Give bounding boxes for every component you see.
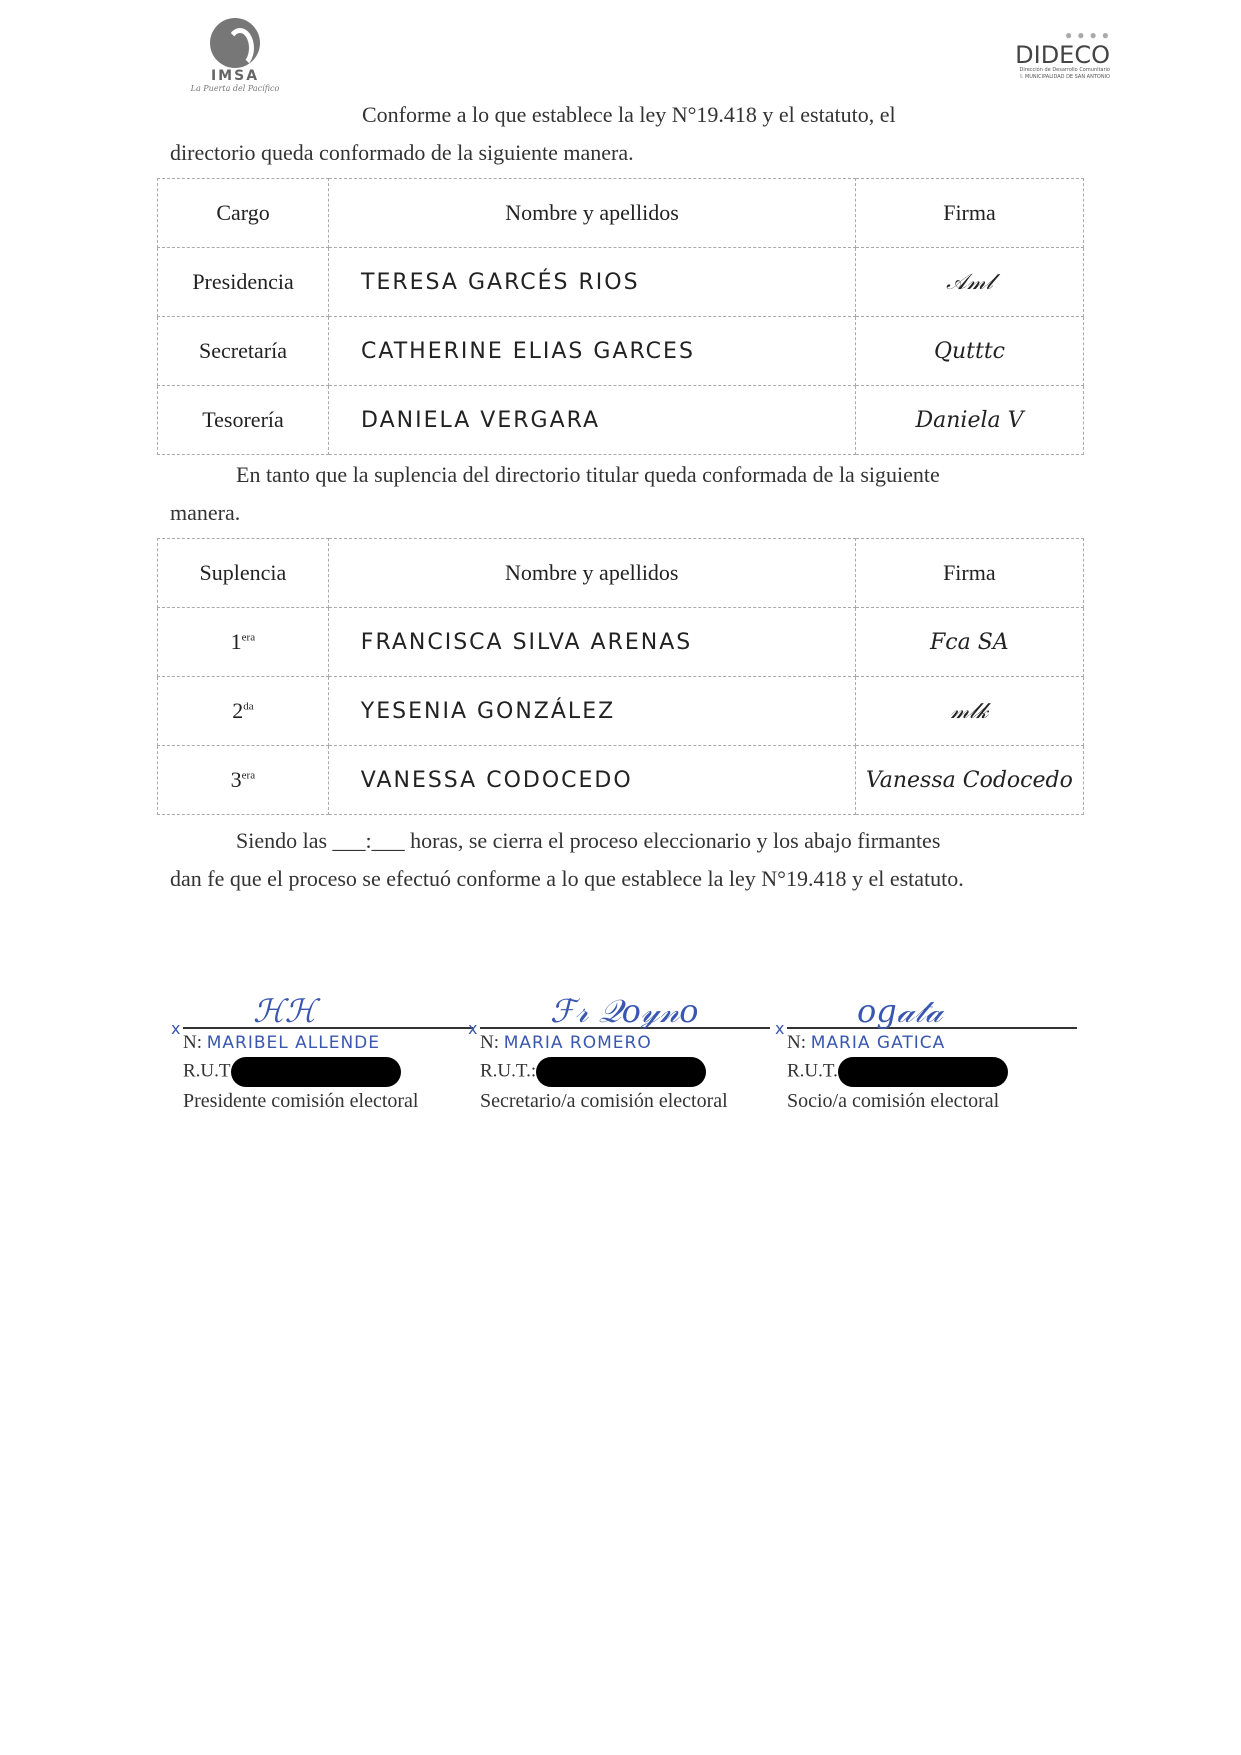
- name-line: N: MARIBEL ALLENDE: [183, 1029, 473, 1057]
- header-cargo: Cargo: [158, 179, 329, 248]
- dideco-subtitle-2: I. MUNICIPALIDAD DE SAN ANTONIO: [990, 74, 1110, 81]
- dideco-subtitle-1: Dirección de Desarrollo Comunitario: [990, 67, 1110, 74]
- nombre-cell: TERESA GARCÉS RIOS: [329, 248, 856, 317]
- firma-cell: Vanessa Codocedo: [855, 746, 1083, 815]
- cargo-cell: Tesorería: [158, 386, 329, 455]
- redaction-block: [231, 1057, 401, 1087]
- sign-mark: x: [171, 1015, 180, 1043]
- signature-line: x ℋℋ: [183, 975, 473, 1029]
- ordinal-suffix: era: [242, 770, 255, 782]
- table-row: 3era VANESSA CODOCEDO Vanessa Codocedo: [158, 746, 1084, 815]
- table-row: 2da YESENIA GONZÁLEZ 𝓂𝓁𝓀: [158, 677, 1084, 746]
- firma-cell: 𝓂𝓁𝓀: [855, 677, 1083, 746]
- firma-cell: Qutttc: [855, 317, 1083, 386]
- rut-line: R.U.T.:: [480, 1057, 770, 1087]
- imsa-logo-name: IMSA: [185, 68, 285, 84]
- suplencia-line-1: En tanto que la suplencia del directorio…: [170, 456, 1072, 494]
- suplencia-num-cell: 1era: [158, 608, 329, 677]
- table-row: 1era FRANCISCA SILVA ARENAS Fca SA: [158, 608, 1084, 677]
- member-name: MARIA ROMERO: [504, 1033, 652, 1053]
- nombre-cell: FRANCISCA SILVA ARENAS: [328, 608, 855, 677]
- nombre-cell: VANESSA CODOCEDO: [328, 746, 855, 815]
- closing-line-1: Siendo las ___:___ horas, se cierra el p…: [170, 822, 1072, 860]
- name-line: N: MARIA GATICA: [787, 1029, 1077, 1057]
- suplencia-paragraph: En tanto que la suplencia del directorio…: [170, 456, 1072, 532]
- closing-line-2: dan fe que el proceso se efectuó conform…: [170, 860, 1072, 898]
- ordinal-number: 1: [231, 629, 242, 654]
- redaction-block: [838, 1057, 1008, 1087]
- member-name: MARIA GATICA: [811, 1033, 946, 1053]
- header-firma: Firma: [855, 179, 1083, 248]
- header-nombre: Nombre y apellidos: [328, 539, 855, 608]
- suplencia-num-cell: 2da: [158, 677, 329, 746]
- table-row: Tesorería DANIELA VERGARA Daniela V: [158, 386, 1084, 455]
- signature-line: x 𝑜𝑔𝒶𝓉𝒶: [787, 975, 1077, 1029]
- ordinal-number: 2: [232, 698, 243, 723]
- ordinal-suffix: era: [242, 632, 255, 644]
- signature-icon: ℋℋ: [253, 997, 316, 1025]
- commission-president-block: x ℋℋ N: MARIBEL ALLENDE R.U.T Presidente…: [183, 975, 473, 1115]
- firma-cell: Daniela V: [855, 386, 1083, 455]
- header-firma: Firma: [855, 539, 1083, 608]
- member-name: MARIBEL ALLENDE: [207, 1033, 380, 1053]
- header-nombre: Nombre y apellidos: [329, 179, 856, 248]
- table-row: Secretaría CATHERINE ELIAS GARCES Qutttc: [158, 317, 1084, 386]
- redaction-block: [536, 1057, 706, 1087]
- commission-member-block: x 𝑜𝑔𝒶𝓉𝒶 N: MARIA GATICA R.U.T. Socio/a c…: [787, 975, 1077, 1115]
- dideco-logo-name: DIDECO: [990, 43, 1110, 67]
- name-line: N: MARIA ROMERO: [480, 1029, 770, 1057]
- table-row: Presidencia TERESA GARCÉS RIOS 𝒜𝓂𝓁: [158, 248, 1084, 317]
- commission-secretary-block: x ℱ𝓇 𝒬𝑜𝓎𝓃𝑜 N: MARIA ROMERO R.U.T.: Secre…: [480, 975, 770, 1115]
- suplencia-line-2: manera.: [170, 494, 1072, 532]
- ordinal-number: 3: [231, 767, 242, 792]
- firma-cell: 𝒜𝓂𝓁: [855, 248, 1083, 317]
- signature-line: x ℱ𝓇 𝒬𝑜𝓎𝓃𝑜: [480, 975, 770, 1029]
- sign-mark: x: [468, 1015, 477, 1043]
- intro-line-1: Conforme a lo que establece la ley N°19.…: [170, 96, 970, 134]
- dideco-logo: ● ● ● ● DIDECO Dirección de Desarrollo C…: [990, 28, 1110, 98]
- firma-cell: Fca SA: [855, 608, 1083, 677]
- sign-mark: x: [775, 1015, 784, 1043]
- ordinal-suffix: da: [243, 701, 253, 713]
- n-label: N:: [787, 1032, 806, 1053]
- suplencia-num-cell: 3era: [158, 746, 329, 815]
- rut-label: R.U.T.:: [480, 1060, 536, 1081]
- intro-line-2: directorio queda conformado de la siguie…: [170, 134, 970, 172]
- imsa-emblem-icon: [210, 18, 260, 68]
- rut-label: R.U.T.: [787, 1060, 838, 1081]
- rut-label: R.U.T: [183, 1060, 231, 1081]
- signature-icon: Qutttc: [934, 339, 1005, 364]
- n-label: N:: [480, 1032, 499, 1053]
- member-role: Socio/a comisión electoral: [787, 1087, 1077, 1115]
- cargo-cell: Presidencia: [158, 248, 329, 317]
- nombre-cell: YESENIA GONZÁLEZ: [328, 677, 855, 746]
- rut-line: R.U.T: [183, 1057, 473, 1087]
- member-role: Presidente comisión electoral: [183, 1087, 473, 1115]
- imsa-logo-tagline: La Puerta del Pacífico: [185, 84, 285, 93]
- table-header-row: Cargo Nombre y apellidos Firma: [158, 179, 1084, 248]
- signature-icon: 𝓂𝓁𝓀: [950, 699, 988, 724]
- nombre-cell: CATHERINE ELIAS GARCES: [329, 317, 856, 386]
- member-role: Secretario/a comisión electoral: [480, 1087, 770, 1115]
- signature-icon: 𝒜𝓂𝓁: [946, 270, 993, 295]
- suplencia-table: Suplencia Nombre y apellidos Firma 1era …: [157, 538, 1084, 815]
- directorio-table: Cargo Nombre y apellidos Firma Presidenc…: [157, 178, 1084, 455]
- n-label: N:: [183, 1032, 202, 1053]
- header-suplencia: Suplencia: [158, 539, 329, 608]
- intro-paragraph: Conforme a lo que establece la ley N°19.…: [170, 96, 970, 172]
- table-header-row: Suplencia Nombre y apellidos Firma: [158, 539, 1084, 608]
- signature-icon: 𝑜𝑔𝒶𝓉𝒶: [857, 997, 943, 1025]
- closing-paragraph: Siendo las ___:___ horas, se cierra el p…: [170, 822, 1072, 898]
- cargo-cell: Secretaría: [158, 317, 329, 386]
- rut-line: R.U.T.: [787, 1057, 1077, 1087]
- nombre-cell: DANIELA VERGARA: [329, 386, 856, 455]
- signature-icon: ℱ𝓇 𝒬𝑜𝓎𝓃𝑜: [550, 997, 698, 1025]
